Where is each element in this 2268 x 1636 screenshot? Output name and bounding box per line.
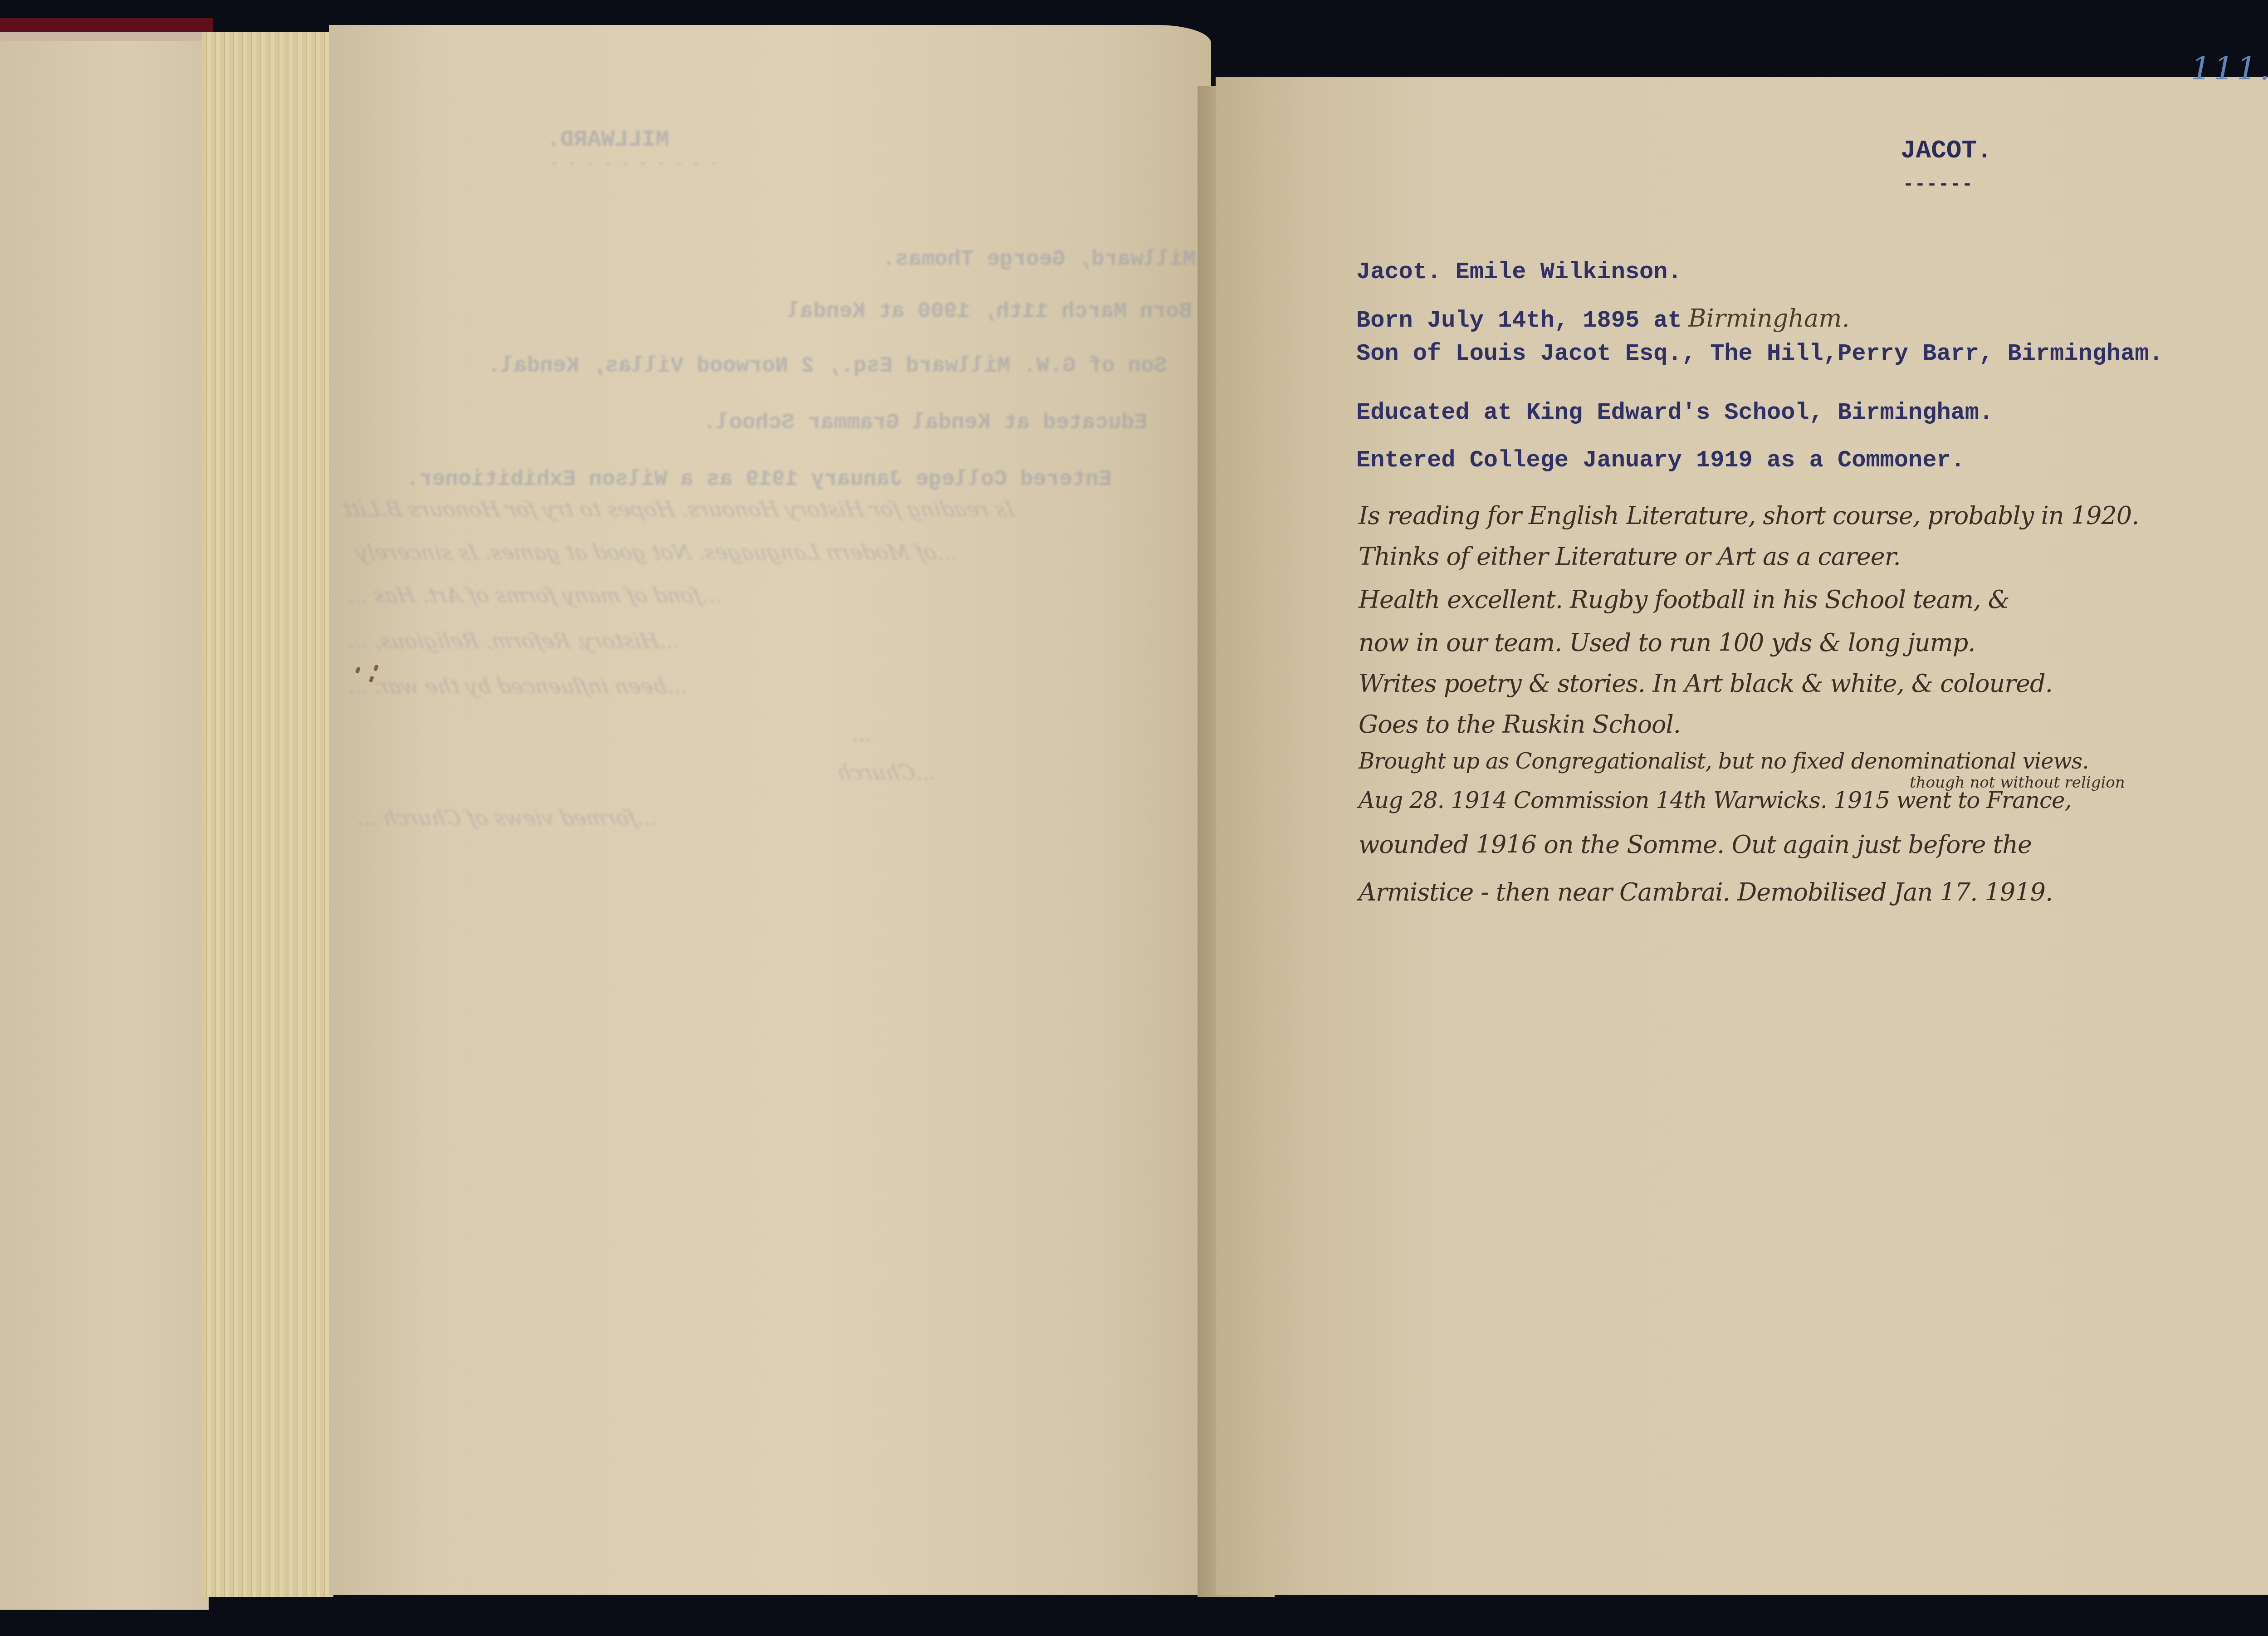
bleed-handwriting: ...been influenced by the war. ...	[344, 674, 689, 698]
handwritten-note: Thinks of either Literature or Art as a …	[1359, 542, 1901, 571]
page-number: 111.	[2191, 50, 2268, 87]
ink-stain	[373, 664, 379, 671]
bleed-handwriting: ...formed views of Church ...	[353, 805, 658, 830]
typed-parent-line: Son of Louis Jacot Esq., The Hill,Perry …	[1356, 340, 2163, 367]
typed-birth-line: Born July 14th, 1895 atBirmingham.	[1356, 304, 1850, 334]
handwritten-note: Aug 28. 1914 Commission 14th Warwicks. 1…	[1359, 787, 2071, 813]
handwritten-note: wounded 1916 on the Somme. Out again jus…	[1359, 830, 2032, 859]
typed-text: Son of Louis Jacot Esq., The Hill,Perry …	[1356, 340, 2163, 367]
bleed-line: Educated at Kendal Grammar School.	[703, 411, 1147, 435]
left-page: MILLWARD. - - - - - - - - - - Millward, …	[329, 25, 1211, 1595]
typed-entered-line: Entered College January 1919 as a Common…	[1356, 447, 1965, 474]
flyleaf-top-strip	[0, 32, 204, 41]
handwritten-note: Health excellent. Rugby football in his …	[1359, 585, 2009, 614]
bleed-heading-rule: - - - - - - - - - -	[549, 157, 718, 170]
bleed-handwriting: ...Church	[834, 760, 937, 784]
typed-text: Entered College January 1919 as a Common…	[1356, 447, 1965, 474]
flyleaf-endpaper	[0, 35, 209, 1610]
bleed-handwriting: ...fond of many forms of Art. Has ...	[344, 583, 723, 607]
bleed-line: Millward, George Thomas.	[882, 247, 1196, 272]
entry-heading: JACOT.	[1901, 136, 1992, 165]
typed-text: Born July 14th, 1895 at	[1356, 307, 1682, 334]
handwritten-note: Goes to the Ruskin School.	[1359, 710, 1681, 739]
bleed-line: Entered College January 1919 as a Wilson…	[406, 467, 1111, 492]
heading-underline: ------	[1903, 175, 1974, 195]
page-edges-left	[202, 32, 333, 1597]
bleed-handwriting: Is reading for History Honours. Hopes to…	[340, 497, 1017, 521]
handwritten-insert: Birmingham.	[1688, 304, 1850, 333]
typed-name-line: Jacot. Emile Wilkinson.	[1356, 259, 1682, 285]
handwritten-note: Brought up as Congregationalist, but no …	[1359, 749, 2089, 774]
typed-education-line: Educated at King Edward's School, Birmin…	[1356, 399, 1993, 426]
handwritten-note: now in our team. Used to run 100 yds & l…	[1359, 628, 1975, 657]
bleed-heading: MILLWARD.	[547, 127, 669, 153]
handwritten-note: Armistice - then near Cambrai. Demobilis…	[1359, 878, 2053, 906]
typed-text: Educated at King Edward's School, Birmin…	[1356, 399, 1993, 426]
handwritten-note: Writes poetry & stories. In Art black & …	[1359, 669, 2053, 698]
bleed-line: Son of G.W. Millward Esq., 2 Norwood Vil…	[488, 354, 1167, 378]
bleed-handwriting: ...	[848, 721, 873, 746]
bleed-line: Born March 11th, 1900 at Kendal	[787, 299, 1192, 324]
ink-stain	[355, 666, 361, 674]
handwritten-note: Is reading for English Literature, short…	[1359, 501, 2139, 530]
bleed-handwriting: ...of Modern Languages. Not good at game…	[353, 540, 958, 564]
bleed-handwriting: ...History, Reform, Religious, ...	[344, 628, 681, 653]
typed-text: Jacot. Emile Wilkinson.	[1356, 259, 1682, 285]
